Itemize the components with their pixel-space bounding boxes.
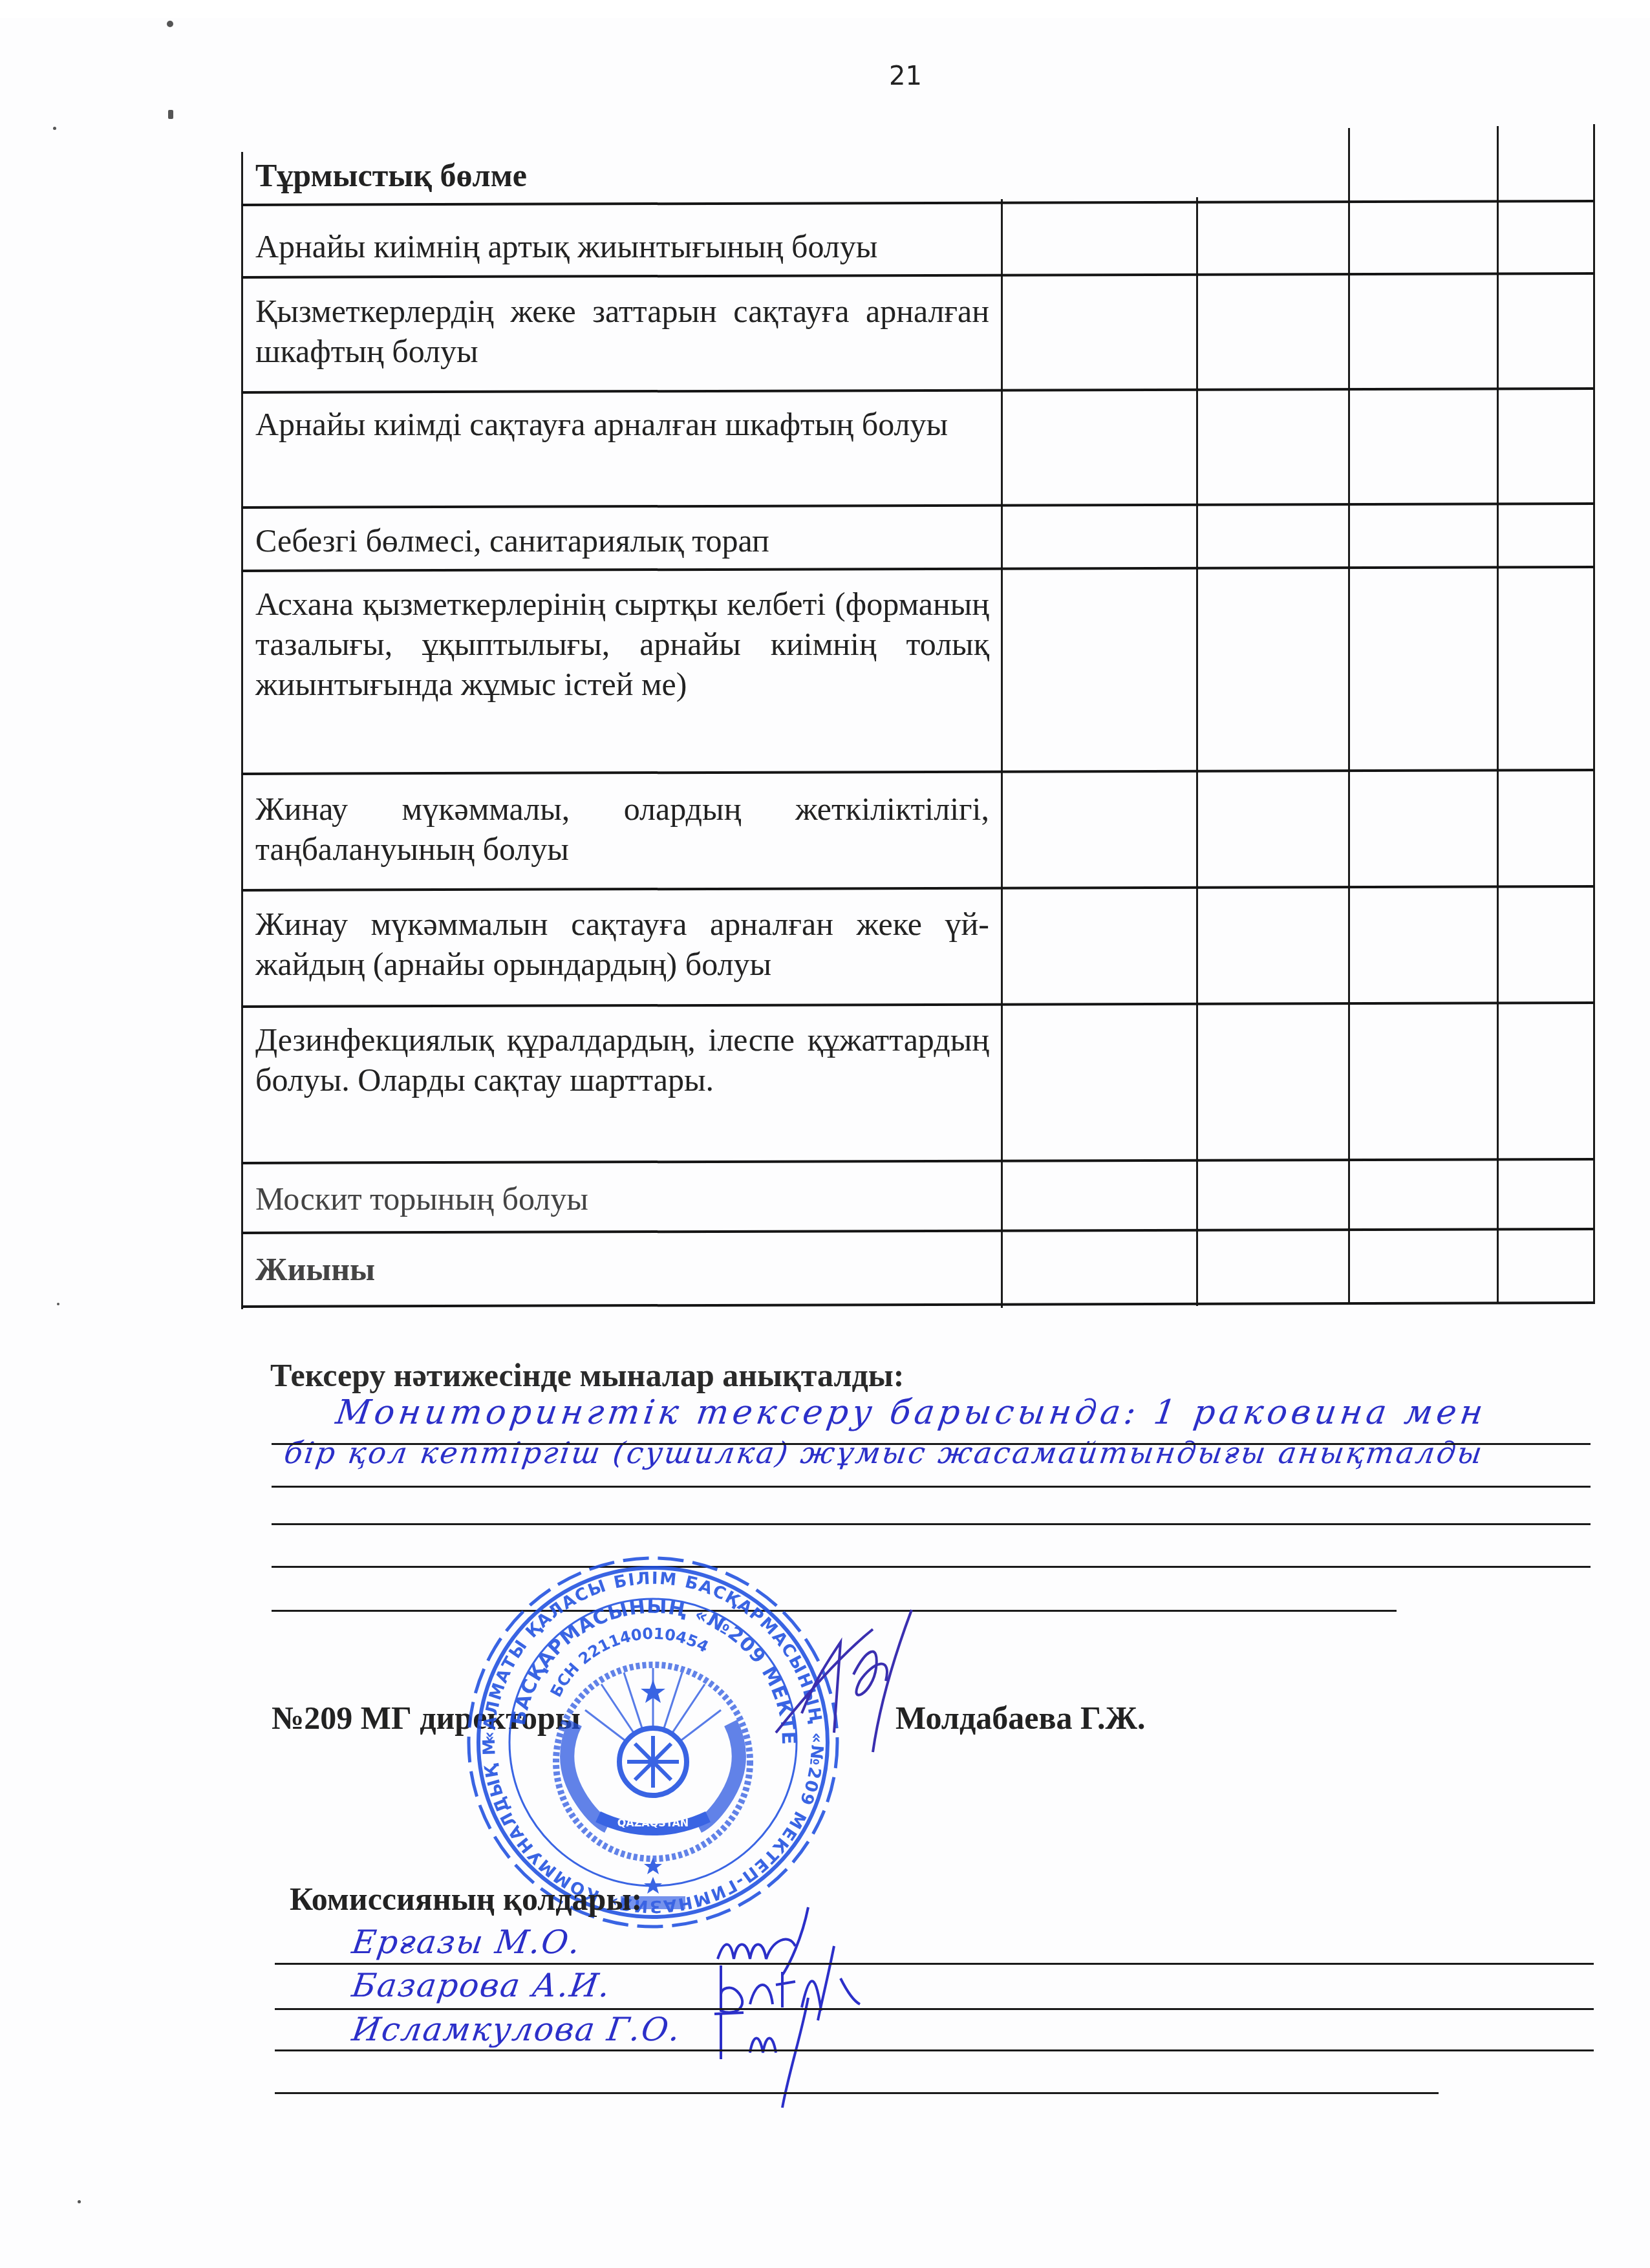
row-divider bbox=[241, 502, 1594, 509]
scan-top-edge bbox=[0, 0, 1650, 18]
table-row-label: Қызметкерлердің жеке заттарын сақтауға а… bbox=[255, 291, 989, 371]
table-row-label: Жинау мүкәммалын сақтауға арналған жеке … bbox=[255, 904, 989, 984]
row-divider bbox=[241, 769, 1594, 775]
row-divider bbox=[241, 1158, 1594, 1164]
row-divider bbox=[241, 1001, 1594, 1008]
column-divider bbox=[1348, 128, 1350, 1305]
column-divider bbox=[1196, 197, 1198, 1306]
table-row-label: Себезгі бөлмесі, санитариялық торап bbox=[255, 520, 989, 561]
scan-artifact bbox=[78, 2200, 81, 2203]
scan-artifact bbox=[53, 127, 56, 130]
findings-heading: Тексеру нәтижесінде мыналар анықталды: bbox=[270, 1356, 905, 1394]
handwritten-finding-line: Мониторингтік тексеру барысында: 1 раков… bbox=[334, 1393, 1489, 1432]
table-row-label: Асхана қызметкерлерінің сыртқы келбеті (… bbox=[255, 584, 989, 704]
commission-member-name: Базарова А.И. bbox=[350, 1967, 614, 2004]
row-divider bbox=[241, 272, 1594, 279]
table-row-label: Дезинфекциялық құралдардың, ілеспе құжат… bbox=[255, 1020, 989, 1100]
director-signature bbox=[763, 1603, 957, 1759]
scan-artifact bbox=[167, 21, 173, 27]
stamp-emblem-text: QAZAQSTAN bbox=[617, 1817, 689, 1829]
commission-member-name: Ерғазы М.О. bbox=[350, 1923, 584, 1961]
writing-line bbox=[272, 1523, 1591, 1525]
table-border-right bbox=[1593, 124, 1595, 1304]
scan-artifact bbox=[57, 1303, 59, 1305]
table-row-label: Арнайы киімді сақтауға арналған шкафтың … bbox=[255, 404, 989, 444]
commission-member-name: Исламкулова Г.О. bbox=[350, 2011, 683, 2048]
signature-line bbox=[275, 2092, 1439, 2094]
table-row-total-label: Жиыны bbox=[255, 1249, 989, 1289]
commission-heading: Комиссияның қолдары: bbox=[290, 1880, 642, 1918]
signature-line bbox=[275, 1963, 1594, 1965]
section-header-household-room: Тұрмыстық бөлме bbox=[255, 155, 989, 195]
handwritten-finding-line: бір қол кептіргіш (сушилка) жұмыс жасама… bbox=[282, 1435, 1486, 1470]
column-divider bbox=[1001, 199, 1003, 1308]
row-divider bbox=[241, 387, 1594, 394]
signature-line bbox=[275, 2049, 1594, 2051]
row-divider bbox=[241, 1228, 1594, 1234]
writing-line bbox=[272, 1486, 1591, 1488]
row-divider bbox=[241, 200, 1594, 206]
table-row-label: Москит торының болуы bbox=[255, 1179, 989, 1219]
scan-artifact bbox=[168, 110, 173, 119]
page-number: 21 bbox=[889, 61, 922, 91]
column-divider bbox=[1497, 126, 1499, 1304]
writing-line bbox=[272, 1443, 1591, 1445]
row-divider bbox=[241, 885, 1594, 892]
row-divider bbox=[241, 566, 1594, 572]
table-row-label: Арнайы киімнің артық жиынтығының болуы bbox=[255, 226, 989, 266]
table-border-left bbox=[241, 152, 243, 1309]
signature-line bbox=[275, 2008, 1594, 2010]
table-border-bottom bbox=[241, 1301, 1594, 1308]
table-row-label: Жинау мүкәммалы, олардың жеткіліктілігі,… bbox=[255, 789, 989, 869]
